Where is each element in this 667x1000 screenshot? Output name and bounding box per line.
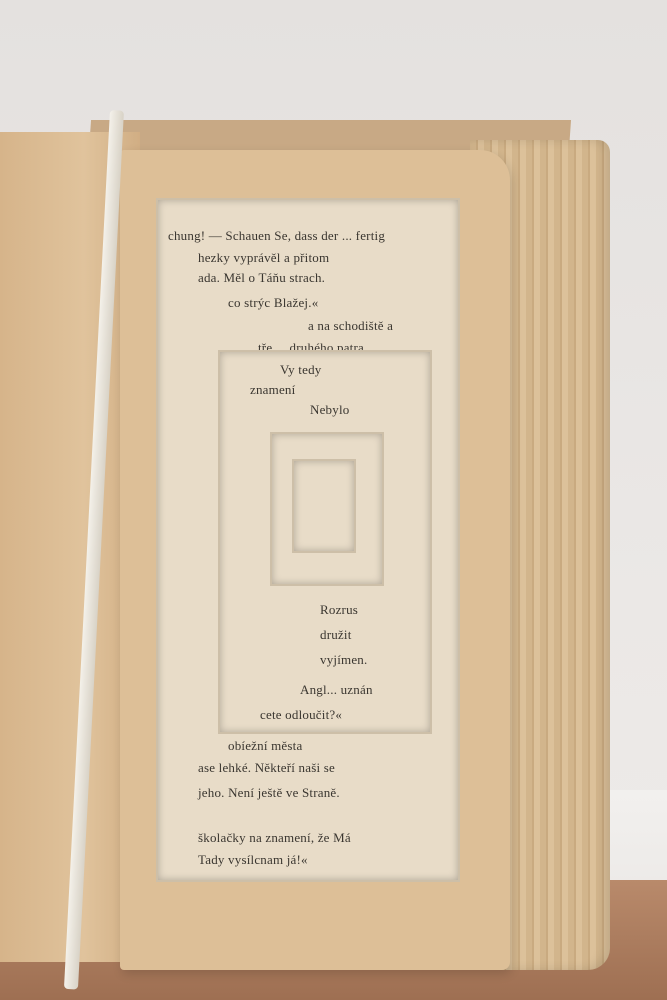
cut-page-frame: chung! — Schauen Se, dass der ... fertig…: [120, 150, 510, 970]
text-line: jeho. Není ještě ve Straně.: [198, 785, 340, 801]
text-line: hezky vyprávěl a přitom: [198, 250, 329, 266]
cutout-layer-1: chung! — Schauen Se, dass der ... fertig…: [156, 198, 460, 882]
text-line: Tady vysílcnam já!«: [198, 852, 308, 868]
cutout-layer-2: Vy tedy znamení Nebylo Rozrus družit vyj…: [218, 350, 432, 734]
cutout-layer-4: [292, 459, 356, 553]
text-line: znamení: [250, 382, 295, 398]
book-left-cover: [0, 132, 140, 962]
text-line: ase lehké. Někteří naši se: [198, 760, 335, 776]
text-line: Vy tedy: [280, 362, 321, 378]
text-line: vyjímen.: [320, 652, 367, 668]
cutout-layer-3: [270, 432, 384, 586]
text-line: Rozrus: [320, 602, 358, 618]
text-line: obíežní města: [228, 738, 302, 754]
text-line: družit: [320, 627, 352, 643]
text-line: a na schodiště a: [308, 318, 393, 334]
text-line: Nebylo: [310, 402, 349, 418]
text-line: chung! — Schauen Se, dass der ... fertig: [168, 228, 385, 244]
text-line: cete odloučit?«: [260, 707, 342, 723]
text-line: školačky na znamení, že Má: [198, 830, 351, 846]
text-line: co strýc Blažej.«: [228, 295, 318, 311]
text-line: Angl... uznán: [300, 682, 373, 698]
text-line: ada. Měl o Táňu strach.: [198, 270, 325, 286]
